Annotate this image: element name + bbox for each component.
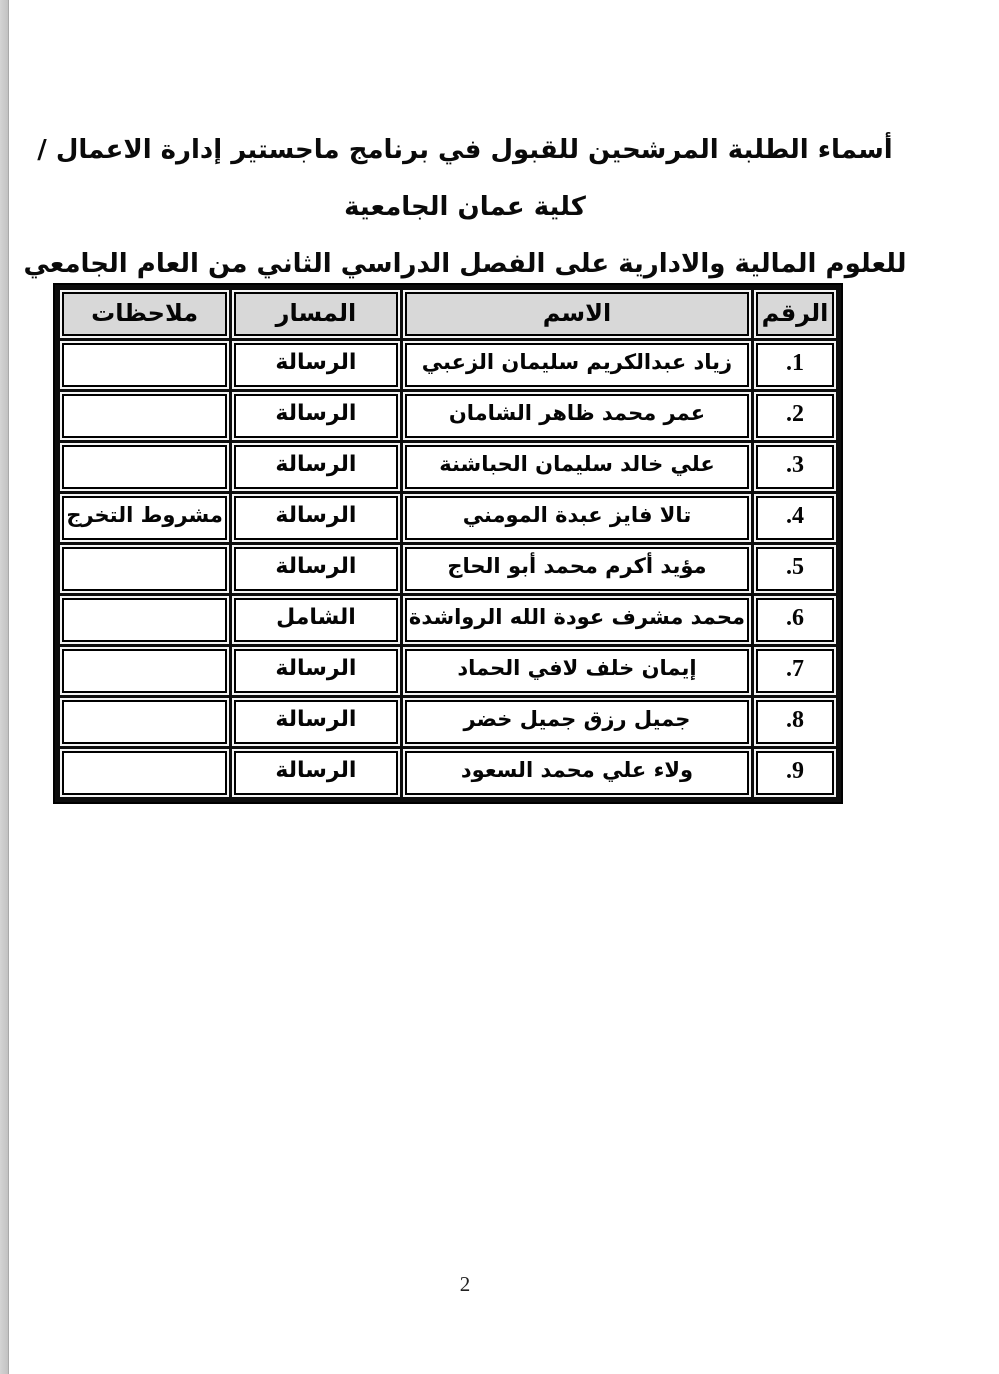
cell-track: الرسالة [234,649,398,693]
cell-notes [62,751,227,795]
cell-student-name: جميل رزق جميل خضر [405,700,749,744]
student-row: .8 جميل رزق جميل خضر الرسالة [62,700,834,744]
page-number: 2 [10,1272,920,1297]
cell-row-number: .9 [756,751,834,795]
cell-student-name: علي خالد سليمان الحباشنة [405,445,749,489]
cell-notes: مشروط التخرج [62,496,227,540]
cell-row-number: .8 [756,700,834,744]
student-row: .3 علي خالد سليمان الحباشنة الرسالة [62,445,834,489]
page-content: أسماء الطلبة المرشحين للقبول في برنامج م… [10,0,920,1374]
cell-track: الرسالة [234,394,398,438]
document-page: أسماء الطلبة المرشحين للقبول في برنامج م… [0,0,999,1374]
cell-track: الرسالة [234,496,398,540]
student-row: .4 تالا فايز عبدة المومني الرسالة مشروط … [62,496,834,540]
cell-track: الرسالة [234,547,398,591]
header-track: المسار [234,292,398,336]
cell-student-name: إيمان خلف لافي الحماد [405,649,749,693]
title-line-1: أسماء الطلبة المرشحين للقبول في برنامج م… [10,122,920,236]
cell-track: الشامل [234,598,398,642]
cell-student-name: محمد مشرف عودة الله الرواشدة [405,598,749,642]
cell-row-number: .4 [756,496,834,540]
cell-row-number: .7 [756,649,834,693]
header-notes: ملاحظات [62,292,227,336]
cell-row-number: .3 [756,445,834,489]
cell-row-number: .2 [756,394,834,438]
cell-student-name: مؤيد أكرم محمد أبو الحاج [405,547,749,591]
cell-track: الرسالة [234,445,398,489]
students-table: الرقم الاسم المسار ملاحظات .1 زياد عبدال… [53,283,843,804]
student-row: .5 مؤيد أكرم محمد أبو الحاج الرسالة [62,547,834,591]
cell-notes [62,547,227,591]
cell-track: الرسالة [234,751,398,795]
cell-notes [62,394,227,438]
cell-notes [62,598,227,642]
table-header-row: الرقم الاسم المسار ملاحظات [62,292,834,336]
cell-row-number: .5 [756,547,834,591]
cell-student-name: زياد عبدالكريم سليمان الزعبي [405,343,749,387]
cell-notes [62,343,227,387]
cell-track: الرسالة [234,700,398,744]
students-table-wrapper: الرقم الاسم المسار ملاحظات .1 زياد عبدال… [53,283,843,804]
cell-student-name: عمر محمد ظاهر الشامان [405,394,749,438]
header-name: الاسم [405,292,749,336]
header-number: الرقم [756,292,834,336]
cell-notes [62,649,227,693]
cell-row-number: .1 [756,343,834,387]
cell-row-number: .6 [756,598,834,642]
student-row: .6 محمد مشرف عودة الله الرواشدة الشامل [62,598,834,642]
student-row: .9 ولاء علي محمد السعود الرسالة [62,751,834,795]
scan-edge-strip [0,0,9,1374]
student-row: .2 عمر محمد ظاهر الشامان الرسالة [62,394,834,438]
cell-notes [62,445,227,489]
cell-student-name: تالا فايز عبدة المومني [405,496,749,540]
cell-track: الرسالة [234,343,398,387]
cell-notes [62,700,227,744]
student-row: .1 زياد عبدالكريم سليمان الزعبي الرسالة [62,343,834,387]
student-row: .7 إيمان خلف لافي الحماد الرسالة [62,649,834,693]
cell-student-name: ولاء علي محمد السعود [405,751,749,795]
